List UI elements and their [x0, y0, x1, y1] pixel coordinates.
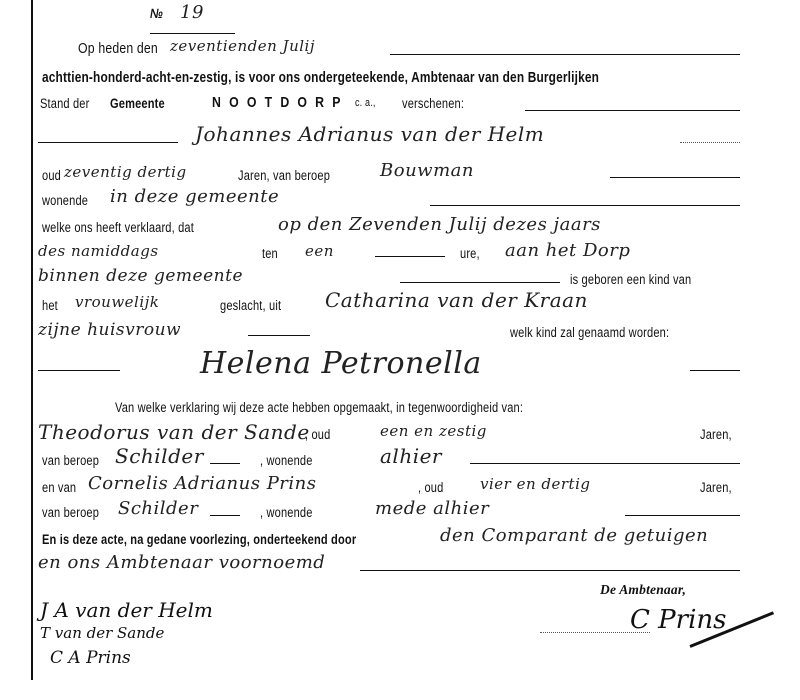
official-signature: C Prins	[630, 605, 726, 635]
hand-birth-date: op den Zevenden Julij dezes jaars	[278, 214, 601, 235]
hand-place: aan het Dorp	[505, 240, 630, 261]
fill-line-6	[430, 205, 740, 206]
hand-signed-by: den Comparant de getuigen	[440, 525, 708, 546]
signature-witness-2: C A Prins	[50, 648, 131, 668]
fill-line-15b	[470, 463, 740, 464]
fill-line-12a	[38, 370, 120, 371]
text-oud-2: , oud	[418, 480, 443, 495]
record-number: 19	[180, 2, 204, 23]
text-oud-1: , oud	[305, 427, 330, 442]
hand-signed-by-cont: en ons Ambtenaar voornoemd	[38, 552, 325, 573]
hand-date: zeventienden Julij	[170, 37, 315, 55]
record-number-prefix: №	[150, 6, 163, 21]
fill-line-3	[525, 110, 740, 111]
hand-residence: in deze gemeente	[110, 186, 279, 207]
hand-time-of-day: des namiddags	[38, 242, 159, 260]
text-year-clause: achttien-honderd-acht-en-zestig, is voor…	[42, 70, 599, 86]
fill-line-8	[375, 256, 445, 257]
text-jaren-1: Jaren,	[700, 427, 732, 442]
page-margin-line	[31, 0, 33, 680]
hand-witness1-name: Theodorus van der Sande	[38, 420, 310, 444]
text-ondertekend-clause: En is deze acte, na gedane voorlezing, o…	[42, 532, 356, 547]
text-jaren-2: Jaren,	[700, 480, 732, 495]
text-welke-verklaard: welke ons heeft verklaard, dat	[42, 220, 194, 235]
text-beroep-2: van beroep	[42, 505, 99, 520]
text-stand-der: Stand der	[40, 96, 89, 111]
text-ca: c. a.,	[355, 97, 376, 109]
text-ure: ure,	[460, 246, 480, 261]
hand-witness2-age: vier en dertig	[480, 475, 590, 493]
hand-witness1-residence: alhier	[380, 444, 442, 468]
text-wonende: wonende	[42, 193, 88, 208]
fill-line-19	[360, 570, 740, 571]
signature-comparant: J A van der Helm	[40, 598, 213, 622]
signature-witness-1: T van der Sande	[40, 624, 164, 642]
fill-line-15a	[210, 463, 240, 464]
text-verschenen: verschenen:	[402, 96, 464, 111]
fill-line-4b	[680, 142, 740, 143]
hand-sex: vrouwelijk	[75, 293, 159, 311]
text-het: het	[42, 298, 58, 313]
text-jaren-beroep: Jaren, van beroep	[238, 168, 330, 183]
text-en-van: en van	[42, 480, 76, 495]
official-sig-flourish	[540, 632, 650, 633]
text-getuigen-clause: Van welke verklaring wij deze acte hebbe…	[115, 400, 523, 415]
hand-witness2-name: Cornelis Adrianus Prins	[88, 473, 317, 494]
text-ten: ten	[262, 246, 278, 261]
hand-relation: zijne huisvrouw	[38, 320, 181, 340]
text-wonende-1: , wonende	[260, 453, 313, 468]
number-underline	[150, 33, 235, 34]
text-geslacht-uit: geslacht, uit	[220, 298, 281, 313]
text-op-heden: Op heden den	[78, 40, 158, 57]
municipality-name: NOOTDORP	[212, 94, 349, 111]
fill-line-4a	[38, 142, 178, 143]
text-wonende-2: , wonende	[260, 505, 313, 520]
hand-age: zeventig dertig	[64, 163, 187, 181]
hand-profession: Bouwman	[380, 160, 474, 181]
official-label: De Ambtenaar,	[600, 582, 686, 598]
fill-line-1	[390, 54, 740, 55]
hand-comparant-name: Johannes Adrianus van der Helm	[195, 122, 544, 146]
text-oud: oud	[42, 168, 61, 183]
hand-witness2-residence: mede alhier	[375, 498, 489, 519]
hand-mother-name: Catharina van der Kraan	[325, 288, 588, 312]
fill-line-5	[610, 177, 740, 178]
text-geboren: is geboren een kind van	[570, 272, 691, 287]
fill-line-9	[400, 282, 560, 283]
fill-line-17a	[210, 515, 240, 516]
hand-witness1-age: een en zestig	[380, 422, 487, 440]
hand-within-municipality: binnen deze gemeente	[38, 266, 243, 286]
text-welk-kind: welk kind zal genaamd worden:	[510, 325, 669, 340]
text-beroep-1: van beroep	[42, 453, 99, 468]
hand-hour: een	[305, 242, 334, 260]
hand-witness1-profession: Schilder	[115, 444, 204, 468]
hand-witness2-profession: Schilder	[118, 498, 198, 519]
fill-line-17b	[625, 515, 740, 516]
fill-line-12b	[690, 370, 740, 371]
hand-child-name: Helena Petronella	[200, 346, 482, 381]
text-gemeente: Gemeente	[110, 96, 165, 111]
fill-line-11	[248, 335, 310, 336]
